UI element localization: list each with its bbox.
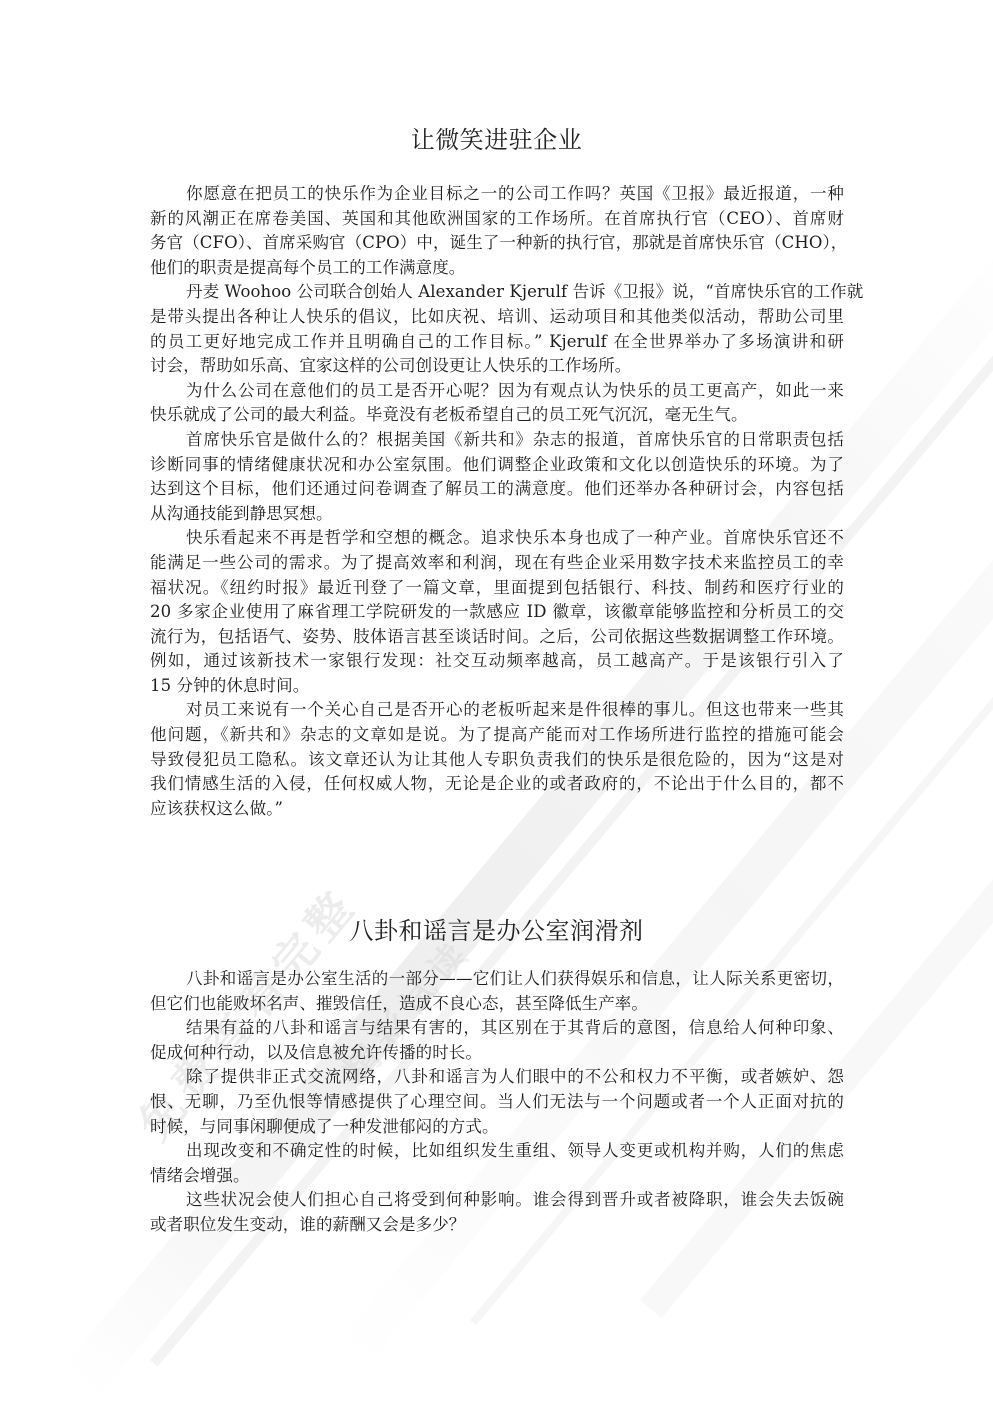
- text-line: 务官（CFO）、首席采购官（CPO）中，诞生了一种新的执行官，那就是首席快乐官（…: [150, 231, 844, 256]
- text-line: 应该获权这么做。”: [150, 797, 844, 822]
- text-line: 从沟通技能到静思冥想。: [150, 502, 844, 527]
- document-page: 让微笑进驻企业 你愿意在把员工的快乐作为企业目标之一的公司工作吗？英国《卫报》最…: [0, 0, 993, 1404]
- text-line: 恨、无聊，乃至仇恨等情感提供了心理空间。当人们无法与一个问题或者一个人正面对抗的: [150, 1090, 844, 1115]
- text-line: 为什么公司在意他们的员工是否开心呢？因为有观点认为快乐的员工更高产，如此一来: [150, 379, 844, 404]
- text-line: 首席快乐官是做什么的？根据美国《新共和》杂志的报道，首席快乐官的日常职责包括: [150, 428, 844, 453]
- paragraph: 八卦和谣言是办公室生活的一部分——它们让人们获得娱乐和信息，让人际关系更密切，但…: [150, 967, 844, 1016]
- text-line: 的员工更好地完成工作并且明确自己的工作目标。” Kjerulf 在全世界举办了多…: [150, 330, 844, 355]
- paragraph: 首席快乐官是做什么的？根据美国《新共和》杂志的报道，首席快乐官的日常职责包括诊断…: [150, 428, 844, 526]
- text-line: 他们的职责是提高每个员工的工作满意度。: [150, 256, 844, 281]
- text-line: 他问题，《新共和》杂志的文章如是说。为了提高产能而对工作场所进行监控的措施可能会: [150, 723, 844, 748]
- text-line: 快乐就成了公司的最大利益。毕竟没有老板希望自己的员工死气沉沉，毫无生气。: [150, 403, 844, 428]
- text-line: 对员工来说有一个关心自己是否开心的老板听起来是件很棒的事儿。但这也带来一些其: [150, 698, 844, 723]
- text-line: 我们情感生活的入侵，任何权威人物，无论是企业的或者政府的，不论出于什么目的，都不: [150, 772, 844, 797]
- text-line: 新的风潮正在席卷美国、英国和其他欧洲国家的工作场所。在首席执行官（CEO）、首席…: [150, 207, 844, 232]
- text-line: 结果有益的八卦和谣言与结果有害的，其区别在于其背后的意图，信息给人何种印象、: [150, 1016, 844, 1041]
- text-line: 流行为，包括语气、姿势、肢体语言甚至谈话时间。之后，公司依据这些数据调整工作环境…: [150, 625, 844, 650]
- text-line: 八卦和谣言是办公室生活的一部分——它们让人们获得娱乐和信息，让人际关系更密切，: [150, 967, 844, 992]
- text-line: 是带头提出各种让人快乐的倡议，比如庆祝、培训、运动项目和其他类似活动，帮助公司里: [150, 305, 844, 330]
- paragraph: 结果有益的八卦和谣言与结果有害的，其区别在于其背后的意图，信息给人何种印象、促成…: [150, 1016, 844, 1065]
- text-line: 这些状况会使人们担心自己将受到何种影响。谁会得到晋升或者被降职，谁会失去饭碗: [150, 1188, 844, 1213]
- text-line: 或者职位发生变动，谁的薪酬又会是多少？: [150, 1213, 844, 1238]
- text-line: 导致侵犯员工隐私。该文章还认为让其他人专职负责我们的快乐是很危险的，因为“这是对: [150, 748, 844, 773]
- article-body: 八卦和谣言是办公室生活的一部分——它们让人们获得娱乐和信息，让人际关系更密切，但…: [150, 967, 844, 1238]
- text-line: 15 分钟的休息时间。: [150, 674, 844, 699]
- text-line: 时候，与同事闲聊便成了一种发泄郁闷的方式。: [150, 1115, 844, 1140]
- paragraph: 除了提供非正式交流网络，八卦和谣言为人们眼中的不公和权力不平衡，或者嫉妒、怨恨、…: [150, 1065, 844, 1139]
- article-title: 八卦和谣言是办公室润滑剂: [0, 911, 993, 946]
- text-line: 促成何种行动，以及信息被允许传播的时长。: [150, 1041, 844, 1066]
- paragraph: 你愿意在把员工的快乐作为企业目标之一的公司工作吗？英国《卫报》最近报道，一种新的…: [150, 182, 844, 280]
- text-line: 出现改变和不确定性的时候，比如组织发生重组、领导人变更或机构并购，人们的焦虑: [150, 1139, 844, 1164]
- paragraph: 这些状况会使人们担心自己将受到何种影响。谁会得到晋升或者被降职，谁会失去饭碗或者…: [150, 1188, 844, 1237]
- text-line: 福状况。《纽约时报》最近刊登了一篇文章，里面提到包括银行、科技、制药和医疗行业的: [150, 576, 844, 601]
- text-line: 但它们也能败坏名声、摧毁信任，造成不良心态，甚至降低生产率。: [150, 992, 844, 1017]
- text-line: 快乐看起来不再是哲学和空想的概念。追求快乐本身也成了一种产业。首席快乐官还不: [150, 526, 844, 551]
- text-line: 丹麦 Woohoo 公司联合创始人 Alexander Kjerulf 告诉《卫…: [150, 280, 844, 305]
- text-line: 例如，通过该新技术一家银行发现：社交互动频率越高，员工越高产。于是该银行引入了: [150, 649, 844, 674]
- article-title: 让微笑进驻企业: [0, 120, 993, 155]
- paragraph: 对员工来说有一个关心自己是否开心的老板听起来是件很棒的事儿。但这也带来一些其他问…: [150, 698, 844, 821]
- text-line: 能满足一些公司的需求。为了提高效率和利润，现在有些企业采用数字技术来监控员工的幸: [150, 551, 844, 576]
- text-line: 除了提供非正式交流网络，八卦和谣言为人们眼中的不公和权力不平衡，或者嫉妒、怨: [150, 1065, 844, 1090]
- text-line: 讨会，帮助如乐高、宜家这样的公司创设更让人快乐的工作场所。: [150, 354, 844, 379]
- text-line: 你愿意在把员工的快乐作为企业目标之一的公司工作吗？英国《卫报》最近报道，一种: [150, 182, 844, 207]
- text-line: 达到这个目标，他们还通过问卷调查了解员工的满意度。他们还举办各种研讨会，内容包括: [150, 477, 844, 502]
- paragraph: 出现改变和不确定性的时候，比如组织发生重组、领导人变更或机构并购，人们的焦虑情绪…: [150, 1139, 844, 1188]
- paragraph: 快乐看起来不再是哲学和空想的概念。追求快乐本身也成了一种产业。首席快乐官还不能满…: [150, 526, 844, 698]
- article-body: 你愿意在把员工的快乐作为企业目标之一的公司工作吗？英国《卫报》最近报道，一种新的…: [150, 182, 844, 821]
- text-line: 情绪会增强。: [150, 1164, 844, 1189]
- text-line: 20 多家企业使用了麻省理工学院研发的一款感应 ID 徽章，该徽章能够监控和分析…: [150, 600, 844, 625]
- text-line: 诊断同事的情绪健康状况和办公室氛围。他们调整企业政策和文化以创造快乐的环境。为了: [150, 453, 844, 478]
- paragraph: 丹麦 Woohoo 公司联合创始人 Alexander Kjerulf 告诉《卫…: [150, 280, 844, 378]
- paragraph: 为什么公司在意他们的员工是否开心呢？因为有观点认为快乐的员工更高产，如此一来快乐…: [150, 379, 844, 428]
